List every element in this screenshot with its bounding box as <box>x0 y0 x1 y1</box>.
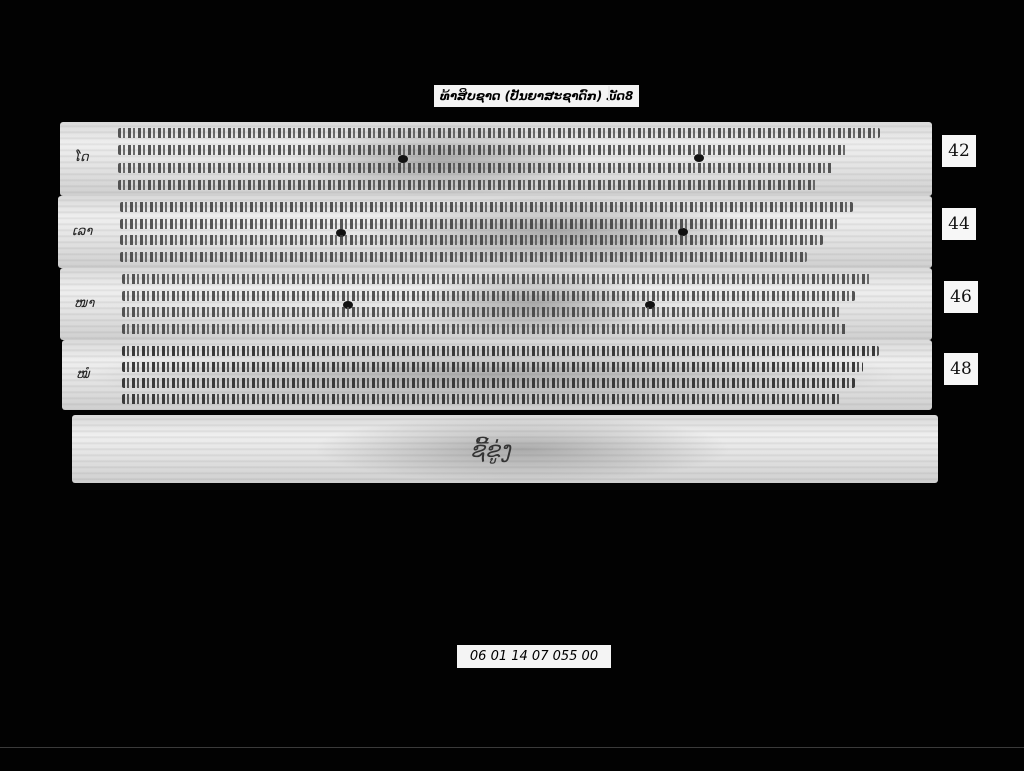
folio-margin-number: ເລາ <box>72 224 92 239</box>
catalog-number-label: 06 01 14 07 055 00 <box>457 645 611 668</box>
leaf-text <box>120 202 892 262</box>
cover-inscription: ຊີ້ຂູ່ງ <box>470 438 511 463</box>
palm-leaf-3: ໜາ <box>60 268 932 340</box>
palm-leaf-4: ໝໍ <box>62 340 932 410</box>
page-number-label: 46 <box>944 281 978 313</box>
folio-margin-number: ໂດ <box>74 150 89 165</box>
palm-leaf-2: ເລາ <box>58 196 932 268</box>
folio-margin-number: ໝໍ <box>76 367 89 382</box>
title-marker <box>608 86 610 100</box>
folio-margin-number: ໜາ <box>74 296 94 311</box>
leaf-text <box>118 128 912 190</box>
page-number-label: 44 <box>942 208 976 240</box>
palm-leaf-1: ໂດ <box>60 122 932 196</box>
leaf-text <box>122 346 902 404</box>
scan-edge-line <box>0 747 1024 748</box>
page-number-label: 42 <box>942 135 976 167</box>
leaf-text <box>122 274 902 334</box>
page-number-label: 48 <box>944 353 978 385</box>
